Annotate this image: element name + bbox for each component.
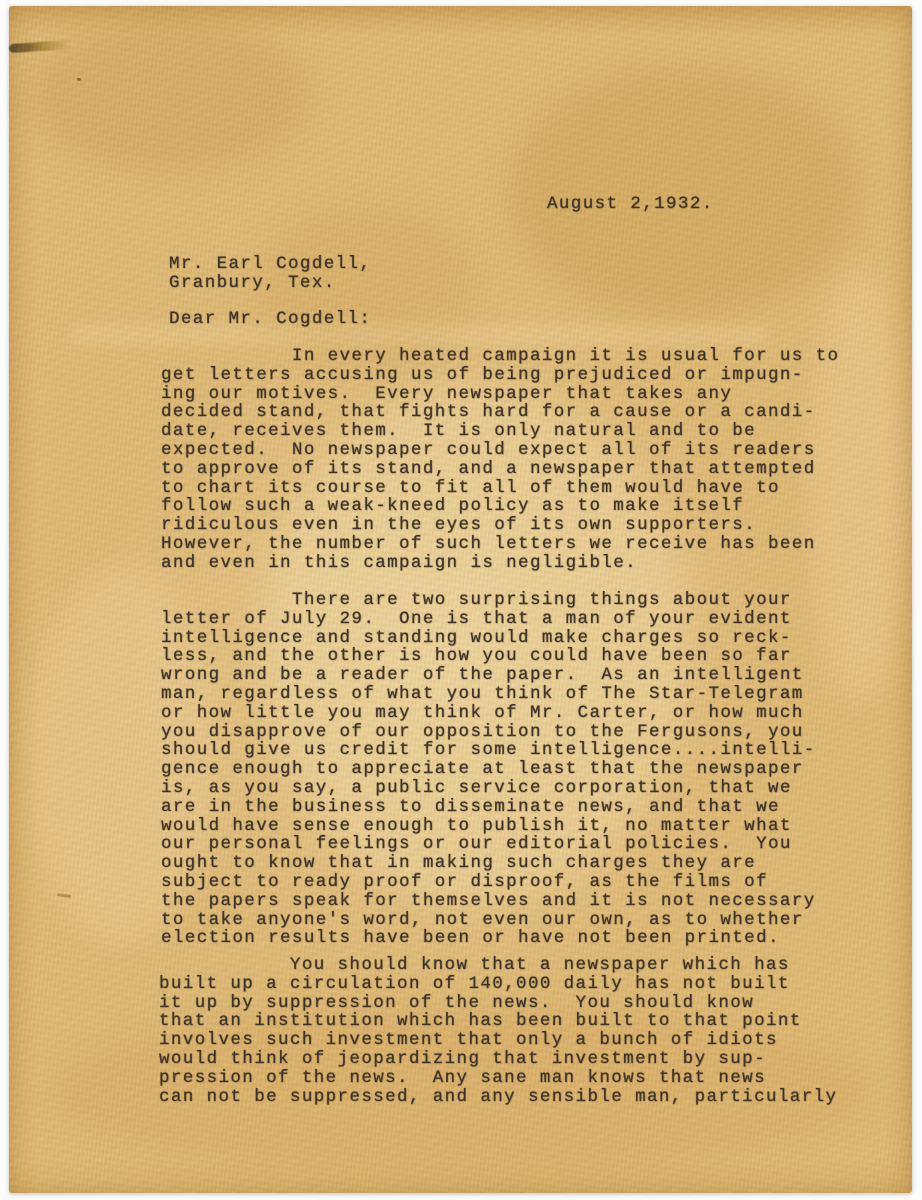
letter-paragraph: You should know that a newspaper which h… (159, 956, 837, 1106)
recipient-address: Mr. Earl Cogdell, Granbury, Tex. (169, 255, 371, 293)
paper-stain (29, 20, 309, 170)
paper-speck (57, 893, 71, 898)
scanned-letter-background: August 2,1932. Mr. Earl Cogdell, Granbur… (0, 0, 922, 1200)
letter-date: August 2,1932. (547, 195, 714, 214)
paper-speck (77, 78, 81, 81)
letter-paragraph: There are two surprising things about yo… (161, 591, 816, 948)
paper-tear-mark (9, 40, 71, 53)
salutation: Dear Mr. Cogdell: (169, 310, 371, 329)
letter-paragraph: In every heated campaign it is usual for… (161, 347, 839, 573)
paper-stain (509, 66, 859, 316)
letter-page: August 2,1932. Mr. Earl Cogdell, Granbur… (9, 6, 912, 1193)
